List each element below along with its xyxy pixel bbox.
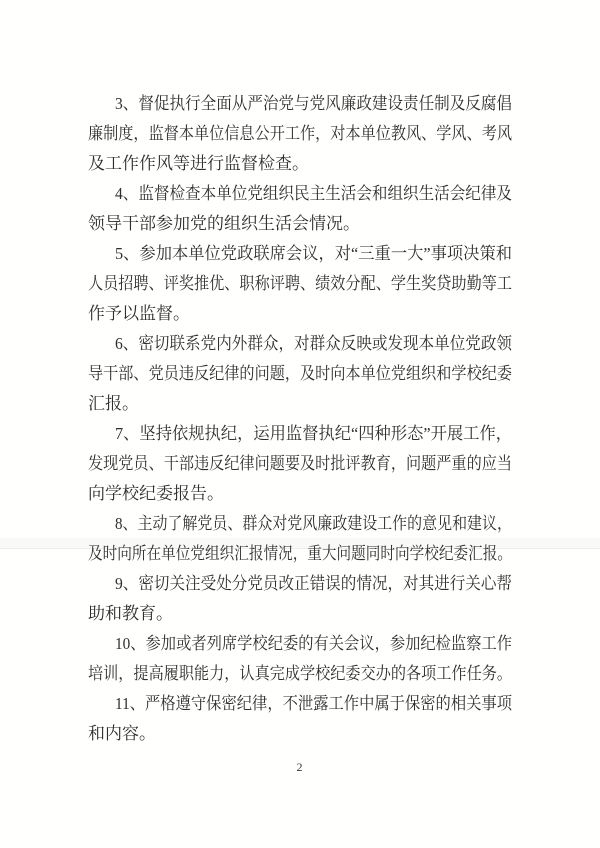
paragraph: 9、密切关注受处分党员改正错误的情况，对其进行关心帮助和教育。 bbox=[88, 569, 512, 629]
document-page: 3、督促执行全面从严治党与党风廉政建设责任制及反腐倡廉制度，监督本单位信息公开工… bbox=[0, 0, 600, 848]
text-line: 7、坚持依规执纪，运用监督执纪“四种形态”开展工作， bbox=[88, 419, 512, 449]
text-line: 助和教育。 bbox=[88, 599, 512, 629]
paragraph: 8、主动了解党员、群众对党风廉政建设工作的意见和建议，及时向所在单位党组织汇报情… bbox=[88, 509, 512, 569]
text-line: 领导干部参加党的组织生活会情况。 bbox=[88, 209, 512, 239]
text-line: 10、参加或者列席学校纪委的有关会议，参加纪检监察工作 bbox=[88, 629, 512, 659]
text-line: 4、监督检查本单位党组织民主生活会和组织生活会纪律及 bbox=[88, 179, 512, 209]
text-line: 6、密切联系党内外群众，对群众反映或发现本单位党政领 bbox=[88, 329, 512, 359]
text-line: 作予以监督。 bbox=[88, 299, 512, 329]
text-line: 培训，提高履职能力，认真完成学校纪委交办的各项工作任务。 bbox=[88, 659, 512, 689]
paragraph: 5、参加本单位党政联席会议，对“三重一大”事项决策和人员招聘、评奖推优、职称评聘… bbox=[88, 239, 512, 329]
text-line: 11、严格遵守保密纪律，不泄露工作中属于保密的相关事项 bbox=[88, 689, 512, 719]
paragraph: 3、督促执行全面从严治党与党风廉政建设责任制及反腐倡廉制度，监督本单位信息公开工… bbox=[88, 89, 512, 179]
text-line: 8、主动了解党员、群众对党风廉政建设工作的意见和建议， bbox=[88, 509, 512, 539]
paragraph: 4、监督检查本单位党组织民主生活会和组织生活会纪律及领导干部参加党的组织生活会情… bbox=[88, 179, 512, 239]
paragraph: 6、密切联系党内外群众，对群众反映或发现本单位党政领导干部、党员违反纪律的问题，… bbox=[88, 329, 512, 419]
text-line: 5、参加本单位党政联席会议，对“三重一大”事项决策和 bbox=[88, 239, 512, 269]
text-line: 发现党员、干部违反纪律问题要及时批评教育，问题严重的应当 bbox=[88, 449, 512, 479]
text-line: 3、督促执行全面从严治党与党风廉政建设责任制及反腐倡 bbox=[88, 89, 512, 119]
text-line: 向学校纪委报告。 bbox=[88, 479, 512, 509]
text-line: 及时向所在单位党组织汇报情况，重大问题同时向学校纪委汇报。 bbox=[88, 539, 512, 569]
paragraph: 7、坚持依规执纪，运用监督执纪“四种形态”开展工作，发现党员、干部违反纪律问题要… bbox=[88, 419, 512, 509]
text-line: 汇报。 bbox=[88, 389, 512, 419]
paragraph: 10、参加或者列席学校纪委的有关会议，参加纪检监察工作培训，提高履职能力，认真完… bbox=[88, 629, 512, 689]
paragraph: 11、严格遵守保密纪律，不泄露工作中属于保密的相关事项和内容。 bbox=[88, 689, 512, 749]
document-body: 3、督促执行全面从严治党与党风廉政建设责任制及反腐倡廉制度，监督本单位信息公开工… bbox=[88, 89, 512, 749]
text-line: 9、密切关注受处分党员改正错误的情况，对其进行关心帮 bbox=[88, 569, 512, 599]
page-number: 2 bbox=[0, 760, 600, 775]
text-line: 导干部、党员违反纪律的问题，及时向本单位党组织和学校纪委 bbox=[88, 359, 512, 389]
text-line: 及工作作风等进行监督检查。 bbox=[88, 149, 512, 179]
text-line: 人员招聘、评奖推优、职称评聘、绩效分配、学生奖贷助勤等工 bbox=[88, 269, 512, 299]
text-line: 廉制度，监督本单位信息公开工作，对本单位教风、学风、考风 bbox=[88, 119, 512, 149]
text-line: 和内容。 bbox=[88, 719, 512, 749]
